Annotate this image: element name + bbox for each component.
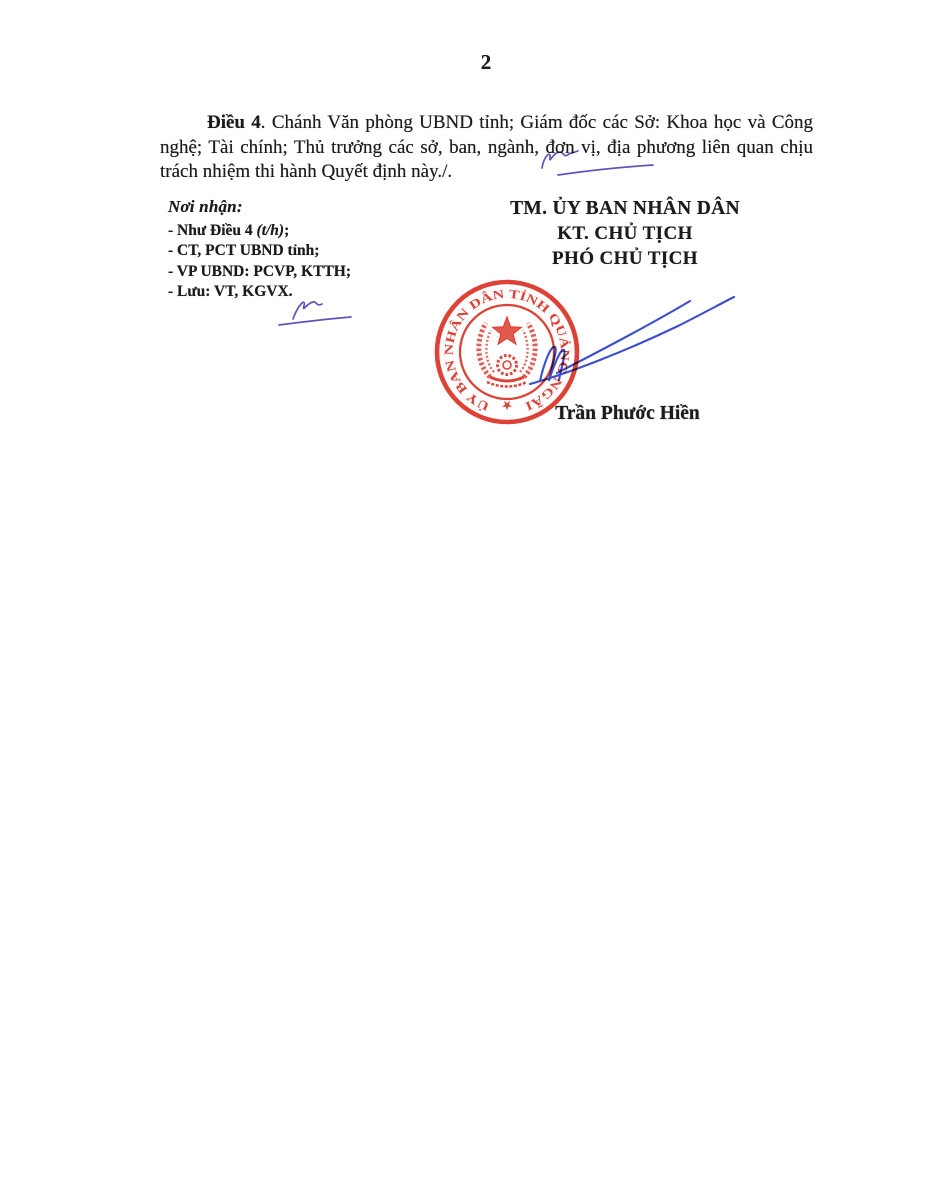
scanned-document-page: 2 Điều 4. Chánh Văn phòng UBND tỉnh; Giá…: [0, 0, 927, 1200]
paraph-recipients: [293, 302, 322, 319]
paraph-after-article-underline: [558, 165, 653, 175]
paraph-recipients-underline: [279, 317, 351, 325]
article-label: Điều 4: [207, 112, 261, 133]
ink-signature-layer: [270, 140, 760, 405]
signature-stroke-upper: [557, 301, 690, 373]
page-number: 2: [160, 50, 812, 75]
signature-scribble: [540, 347, 564, 381]
paraph-after-article: [542, 151, 578, 168]
signer-name: Trần Phước Hiền: [505, 403, 750, 425]
